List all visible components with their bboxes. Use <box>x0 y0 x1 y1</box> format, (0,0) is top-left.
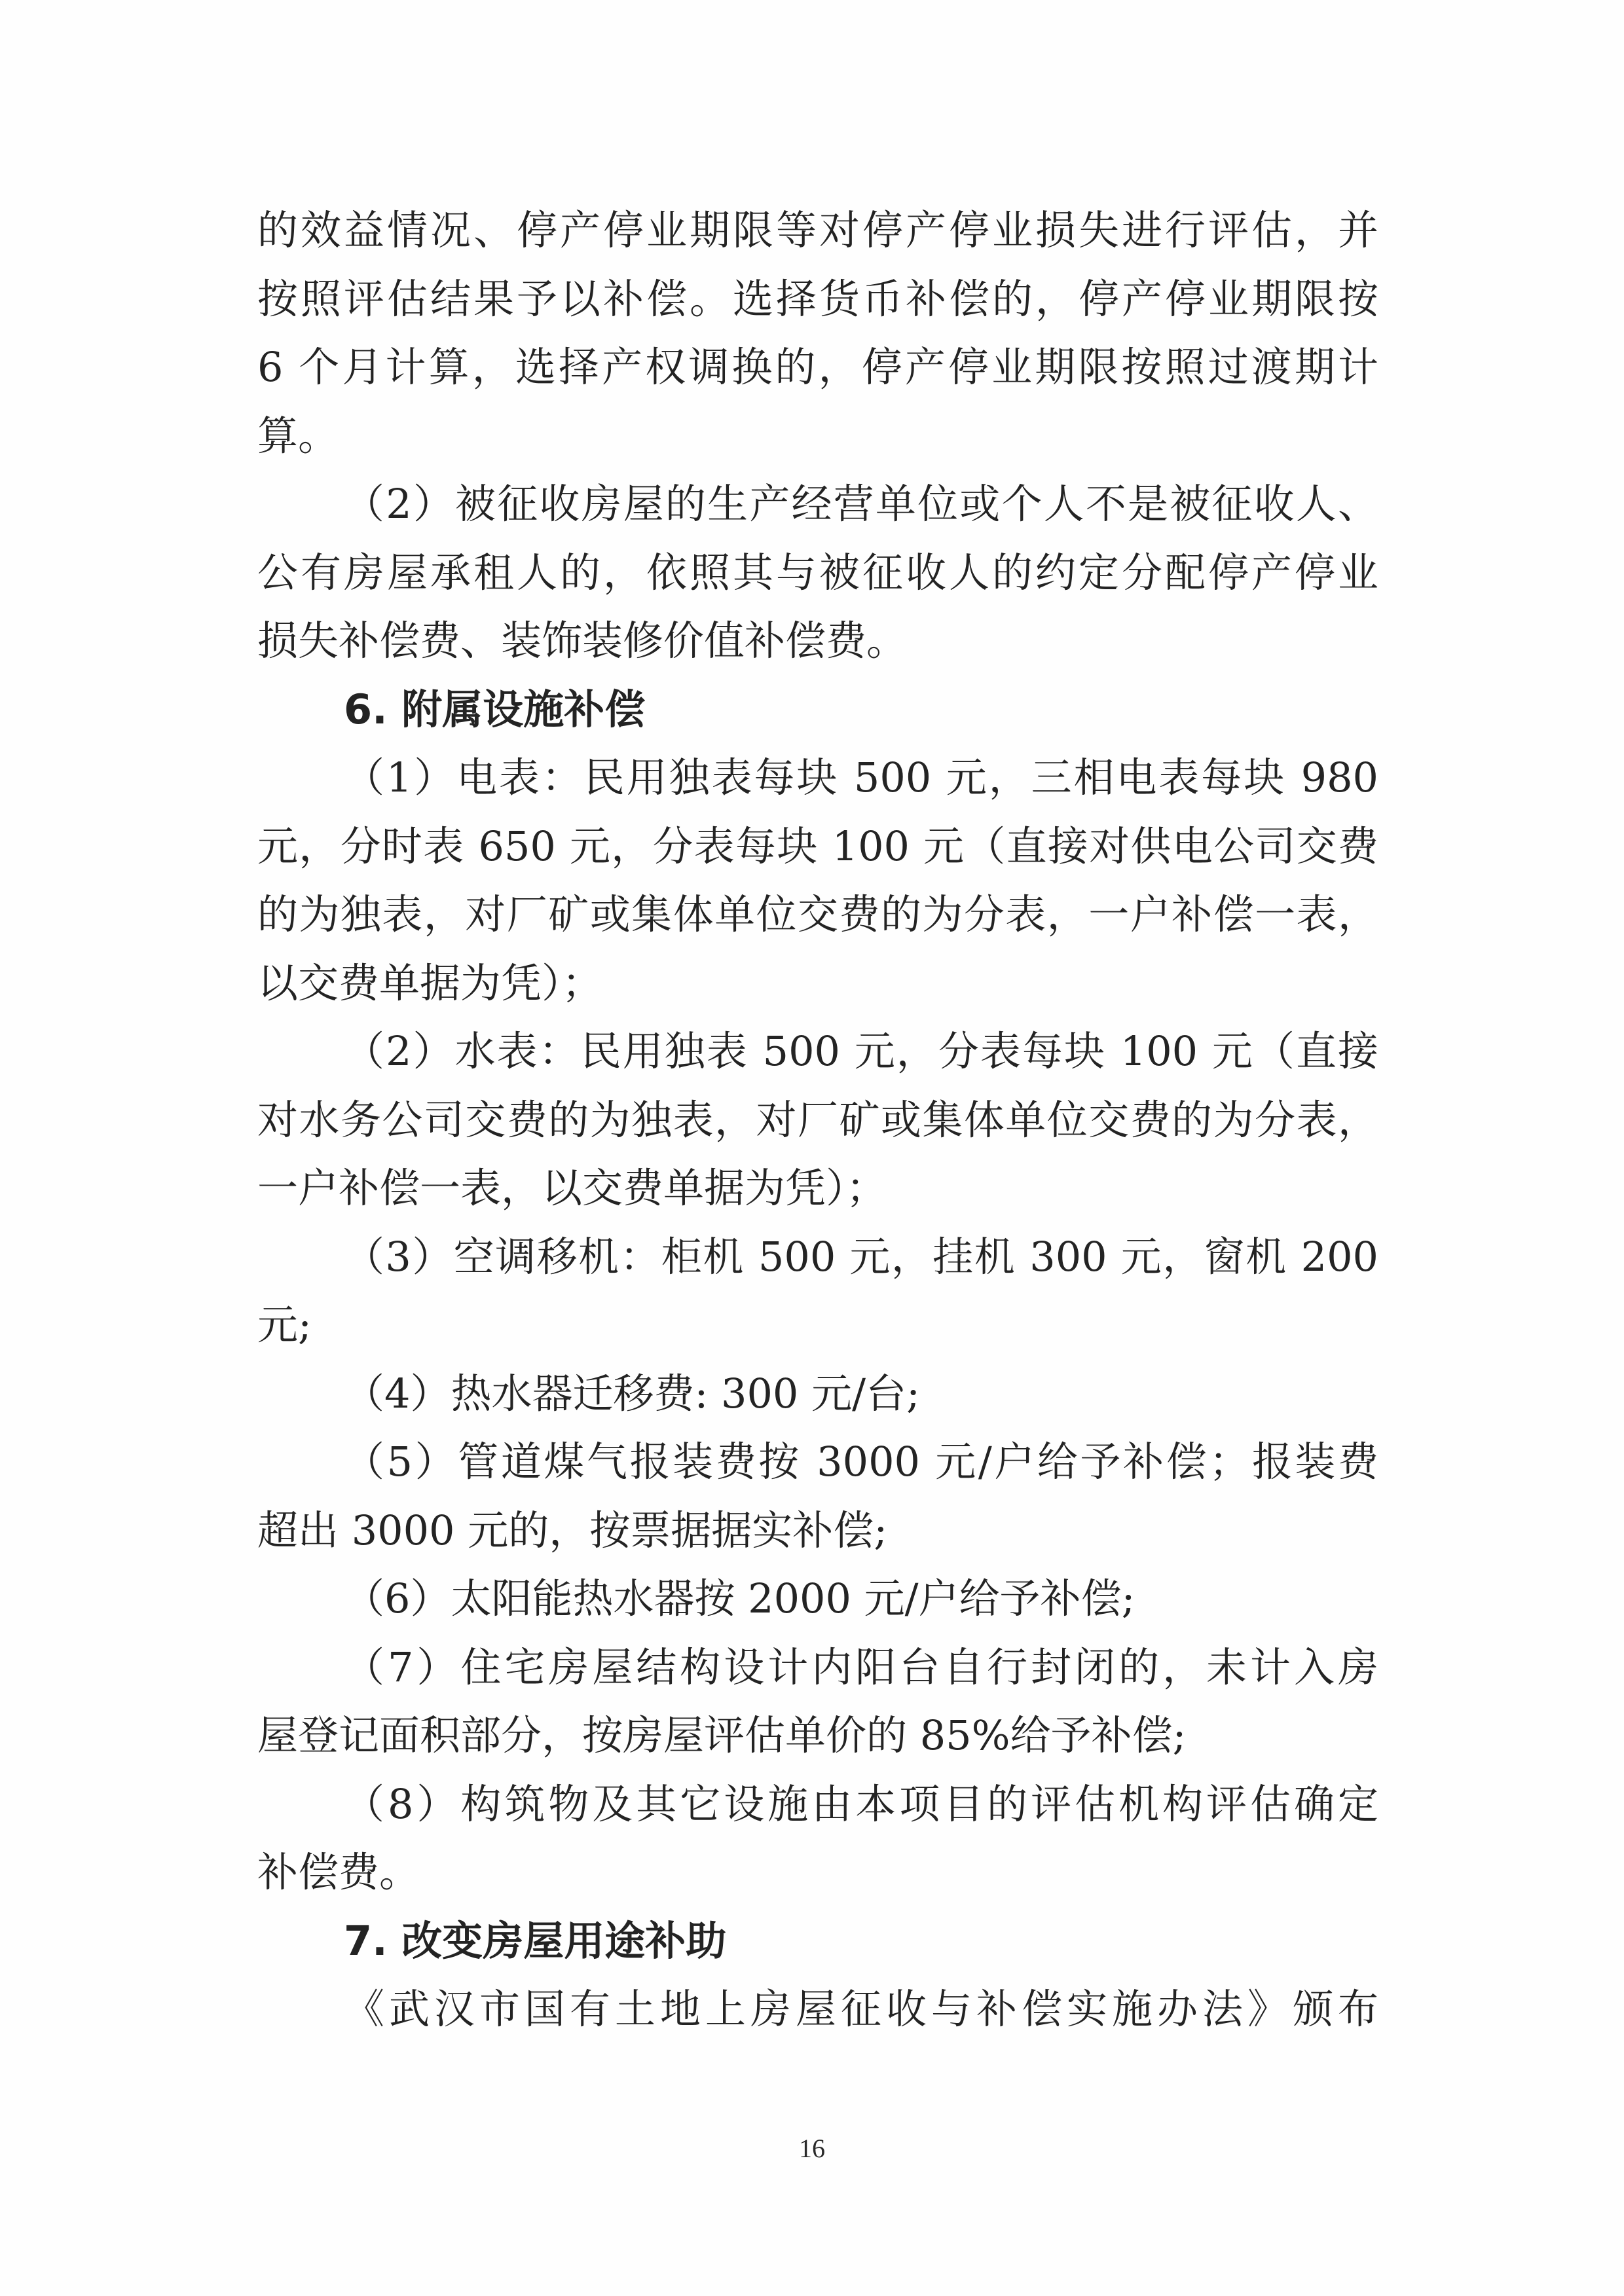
list-item-gas-pipeline: （5）管道煤气报装费按 3000 元/户给予补偿；报装费 <box>344 1428 1378 1496</box>
list-item-balcony: （7）住宅房屋结构设计内阳台自行封闭的，未计入房 <box>344 1633 1378 1702</box>
list-item-solar-heater: （6）太阳能热水器按 2000 元/户给予补偿; <box>344 1565 1378 1633</box>
paragraph-line: 算。 <box>257 402 1378 470</box>
paragraph-line: 一户补偿一表，以交费单据为凭）； <box>257 1154 1378 1222</box>
list-item-structures: （8）构筑物及其它设施由本项目的评估机构评估确定 <box>344 1770 1378 1838</box>
paragraph-line: 屋登记面积部分，按房屋评估单价的 85%给予补偿; <box>257 1702 1378 1770</box>
paragraph-line: 补偿费。 <box>257 1838 1378 1906</box>
document-page: 的效益情况、停产停业期限等对停产停业损失进行评估，并 按照评估结果予以补偿。选择… <box>0 0 1624 2296</box>
paragraph-line: 6 个月计算，选择产权调换的，停产停业期限按照过渡期计 <box>257 333 1378 401</box>
paragraph-line: 元，分时表 650 元，分表每块 100 元（直接对供电公司交费 <box>257 812 1378 881</box>
paragraph-line: 元; <box>257 1291 1378 1359</box>
paragraph-line: 按照评估结果予以补偿。选择货币补偿的，停产停业期限按 <box>257 265 1378 333</box>
list-item-water-meter: （2）水表：民用独表 500 元，分表每块 100 元（直接 <box>344 1017 1378 1085</box>
section-heading: 6. 附属设施补偿 <box>344 676 1378 744</box>
section-heading: 7. 改变房屋用途补助 <box>344 1907 1378 1975</box>
list-item-air-conditioner: （3）空调移机：柜机 500 元，挂机 300 元，窗机 200 <box>344 1223 1378 1291</box>
list-item-electric-meter: （1）电表：民用独表每块 500 元，三相电表每块 980 <box>344 744 1378 812</box>
paragraph-line: 对水务公司交费的为独表，对厂矿或集体单位交费的为分表， <box>257 1086 1378 1154</box>
page-number: 16 <box>0 2133 1624 2164</box>
paragraph-line: 《武汉市国有土地上房屋征收与补偿实施办法》颁布 <box>344 1975 1378 2043</box>
paragraph-line: 以交费单据为凭）； <box>257 949 1378 1017</box>
paragraph-line: 公有房屋承租人的，依照其与被征收人的约定分配停产停业 <box>257 539 1378 607</box>
paragraph-line: 的效益情况、停产停业期限等对停产停业损失进行评估，并 <box>257 196 1378 264</box>
paragraph-line: （2）被征收房屋的生产经营单位或个人不是被征收人、 <box>344 470 1378 538</box>
paragraph-line: 的为独表，对厂矿或集体单位交费的为分表，一户补偿一表， <box>257 881 1378 949</box>
list-item-water-heater: （4）热水器迁移费: 300 元/台; <box>344 1360 1378 1428</box>
paragraph-line: 损失补偿费、装饰装修价值补偿费。 <box>257 607 1378 675</box>
paragraph-line: 超出 3000 元的，按票据据实补偿; <box>257 1497 1378 1565</box>
